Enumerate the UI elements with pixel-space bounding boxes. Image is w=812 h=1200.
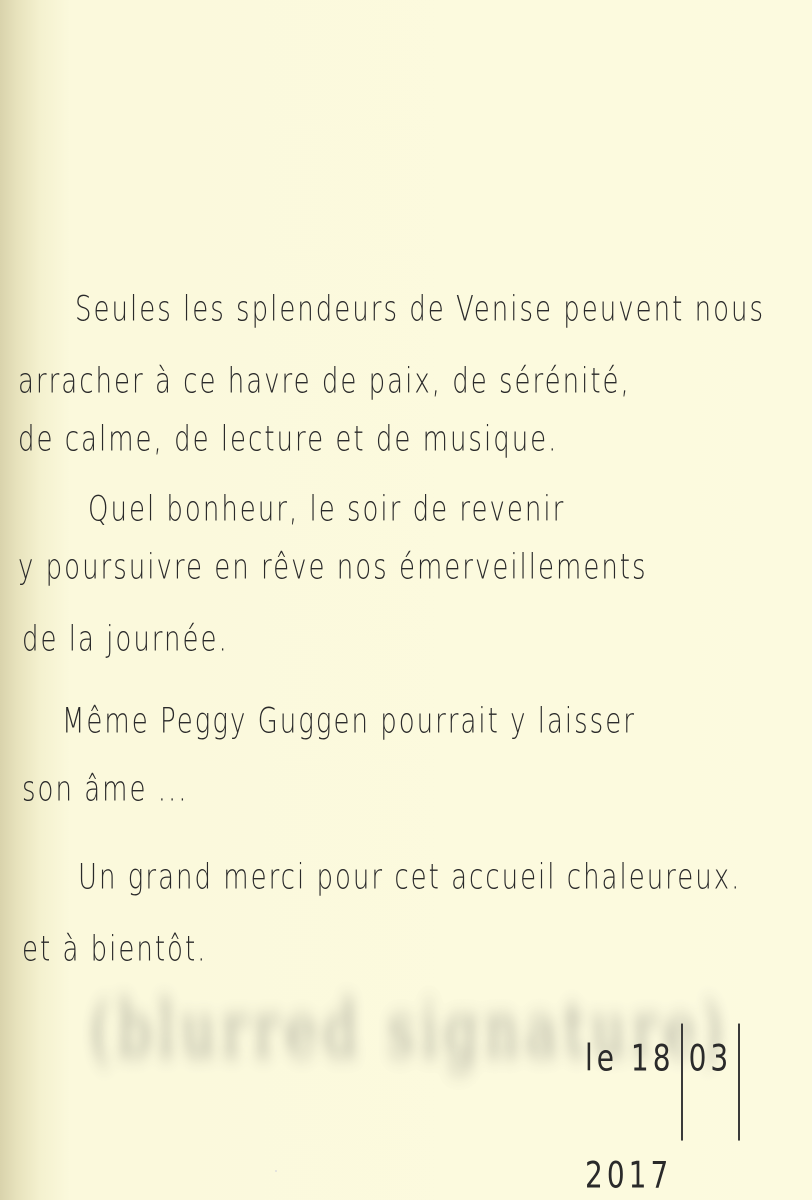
text-line: et à bientôt. — [22, 930, 207, 971]
date-prefix: le — [585, 1037, 618, 1080]
date-day: 18 — [631, 1037, 675, 1080]
guestbook-page: Seules les splendeurs de Venise peuvent … — [0, 0, 812, 1200]
text-line: arracher à ce havre de paix, de sérénité… — [18, 362, 631, 403]
text-line: de calme, de lecture et de musique. — [18, 420, 558, 461]
text-line: y poursuivre en rêve nos émerveillements — [18, 548, 648, 589]
text-line: son âme ... — [22, 770, 189, 811]
date: le 18032017 — [585, 1037, 812, 1197]
text-line: Un grand merci pour cet accueil chaleure… — [78, 858, 741, 899]
text-line: de la journée. — [22, 620, 229, 661]
date-year: 2017 — [585, 1154, 672, 1197]
date-separator — [738, 1024, 740, 1141]
signature: (blurred signature) — [90, 986, 490, 1119]
text-line: Quel bonheur, le soir de revenir — [88, 490, 565, 531]
paper-speck — [275, 1170, 277, 1172]
text-line: Même Peggy Guggen pourrait y laisser — [62, 702, 636, 743]
text-line: Seules les splendeurs de Venise peuvent … — [75, 290, 765, 331]
date-month: 03 — [689, 1037, 733, 1080]
date-separator — [681, 1024, 683, 1141]
